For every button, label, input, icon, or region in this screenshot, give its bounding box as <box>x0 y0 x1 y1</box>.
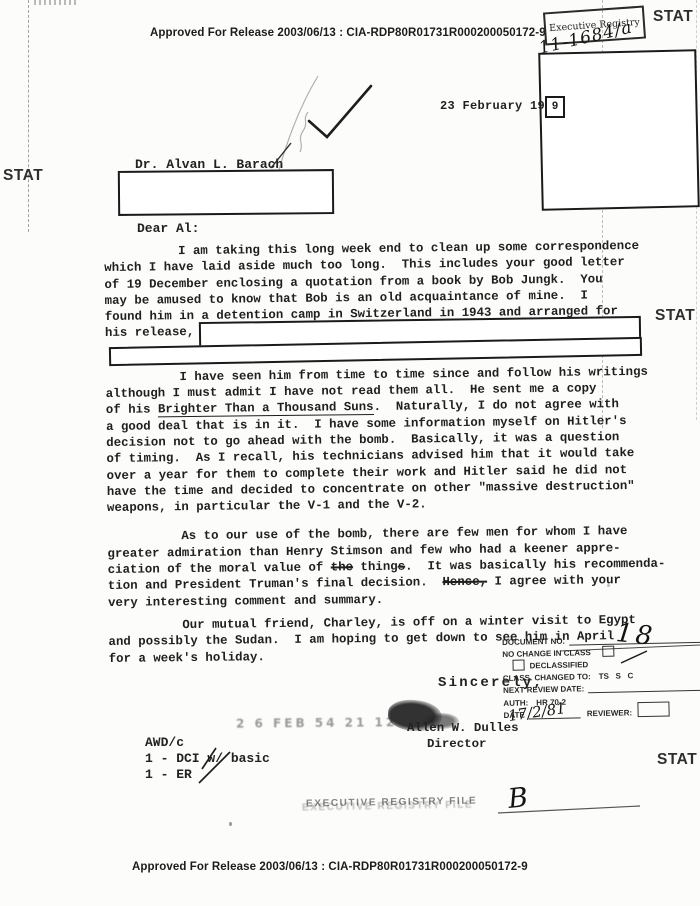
text-segment: for a week's holiday. <box>109 650 265 666</box>
footer-approval-line: Approved For Release 2003/06/13 : CIA-RD… <box>132 861 528 873</box>
redaction-box-date-digit: 9 <box>545 96 565 118</box>
text-segment: ciation of the moral value of <box>108 560 331 577</box>
document-no-label: DOCUMENT NO. <box>502 636 565 646</box>
text-segment: weapons, in particular the V-1 and the V… <box>107 498 427 516</box>
letter-date: 23 February 195 <box>440 99 553 113</box>
executive-registry-file-stamp-ghost: EXECUTIVE REGISTRY FILE <box>302 800 473 814</box>
text-segment: tion and President Truman's final decisi… <box>108 576 443 594</box>
underlined-text: Brighter Than a Thousand Suns <box>158 400 374 417</box>
corner-speckle <box>34 0 76 5</box>
redaction-box-address <box>118 169 334 216</box>
speck <box>229 822 232 826</box>
text-segment: his release, <box>105 325 194 340</box>
recipient-name: Dr. Alvan L. Barach <box>135 157 283 172</box>
text-segment: . Naturally, I do not agree with <box>373 398 619 415</box>
text-segment: . It was basically his recommenda- <box>405 557 665 574</box>
text-segment: of his <box>106 403 158 418</box>
pencil-scribble <box>279 76 318 170</box>
signer-name: Allen W. Dulles <box>407 721 519 735</box>
document-no-handwritten: 18 <box>615 618 657 652</box>
stat-label-right-middle: STAT <box>655 307 695 325</box>
stamp-row-declassified: DECLASSIFIED <box>503 658 700 671</box>
handwritten-initial-b: B <box>506 782 529 815</box>
date-boxed-digit: 9 <box>552 101 559 113</box>
text-segment: I agree with your <box>487 574 621 590</box>
class-changed-value: TS S C <box>599 671 634 681</box>
letter-paragraph: As to our use of the bomb, there are few… <box>107 523 664 611</box>
cc-line-er: 1 - ER <box>145 767 192 782</box>
reviewer-box <box>637 701 669 717</box>
header-approval-line: Approved For Release 2003/06/13 : CIA-RD… <box>150 27 546 39</box>
salutation: Dear Al: <box>137 221 199 236</box>
stat-label-left: STAT <box>3 167 43 185</box>
declassified-label: DECLASSIFIED <box>529 660 588 670</box>
fold-line-left <box>28 0 29 232</box>
struck-text: Hence, <box>442 575 487 590</box>
stat-label-top-right: STAT <box>653 8 693 26</box>
document-page: Approved For Release 2003/06/13 : CIA-RD… <box>0 0 700 906</box>
signer-title: Director <box>427 737 487 751</box>
typist-initials: AWD/c <box>145 735 184 750</box>
stamp-row-no-change: NO CHANGE IN CLASS <box>502 646 700 659</box>
checkmark-top <box>309 86 371 137</box>
received-date-stamp-faint: 2 6 FEB 54 21 12 <box>236 715 397 730</box>
fill-in-line <box>588 683 700 693</box>
stat-label-bottom-right: STAT <box>657 751 697 769</box>
letter-paragraph: I am taking this long week end to clean … <box>104 238 661 342</box>
reviewer-label: REVIEWER: <box>587 708 633 718</box>
checkbox-no-change <box>603 645 615 656</box>
no-change-label: NO CHANGE IN CLASS <box>502 648 591 659</box>
redaction-box-top-right <box>538 49 700 211</box>
checkbox-declassified <box>512 660 524 671</box>
closing: Sincerely, <box>438 675 544 691</box>
letter-paragraph: I have seen him from time to time since … <box>105 363 663 516</box>
text-segment: thing <box>353 560 398 575</box>
cc-line-dci: 1 - DCI w/ basic <box>145 751 270 766</box>
struck-text: the <box>331 560 353 574</box>
text-segment: very interesting comment and summary. <box>108 592 383 609</box>
letter-body: I am taking this long week end to clean … <box>104 238 665 667</box>
